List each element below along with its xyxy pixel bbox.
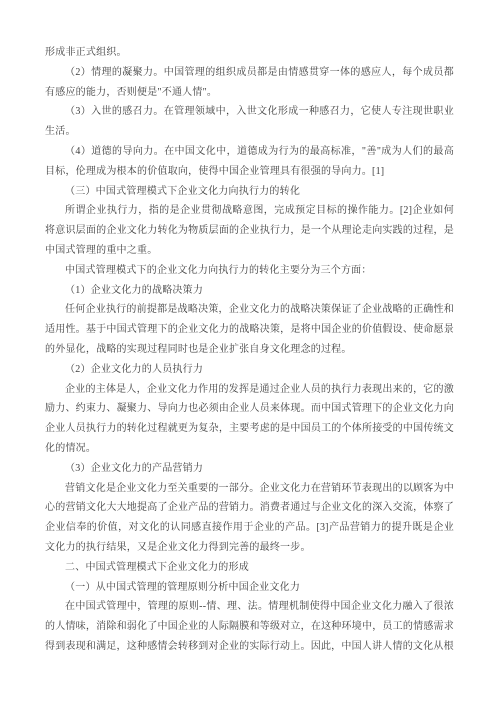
document-paragraph: 任何企业执行的前提都是战略决策，企业文化力的战略决策保证了企业战略的正确性和适用… xyxy=(45,300,454,359)
document-heading: （一）从中国式管理的管理原则分析中国企业文化力 xyxy=(45,578,454,598)
document-page: 形成非正式组织。（2）情理的凝聚力。中国管理的组织成员都是由情感贯穿一体的感应人… xyxy=(0,0,500,707)
document-heading: （3）企业文化力的产品营销力 xyxy=(45,459,454,479)
document-paragraph: （4）道德的导向力。在中国文化中，道德成为行为的最高标准，"善"成为人们的最高目… xyxy=(45,142,454,182)
document-paragraph: （3）入世的感召力。在管理领域中，入世文化形成一种感召力，它使人专注现世职业生活… xyxy=(45,102,454,142)
document-paragraph: （2）情理的凝聚力。中国管理的组织成员都是由情感贯穿一体的感应人，每个成员都有感… xyxy=(45,63,454,103)
document-paragraph: 中国式管理模式下的企业文化力向执行力的转化主要分为三个方面： xyxy=(45,261,454,281)
document-heading: 二、中国式管理模式下企业文化力的形成 xyxy=(45,558,454,578)
document-heading: （2）企业文化力的人员执行力 xyxy=(45,360,454,380)
document-heading: （1）企业文化力的战略决策力 xyxy=(45,281,454,301)
document-paragraph: 所谓企业执行力，指的是企业贯彻战略意图，完成预定目标的操作能力。[2]企业如何将… xyxy=(45,201,454,260)
document-paragraph: 在中国式管理中，管理的原则--情、理、法。情理机制使得中国企业文化力融入了很浓的… xyxy=(45,597,454,656)
document-body: 形成非正式组织。（2）情理的凝聚力。中国管理的组织成员都是由情感贯穿一体的感应人… xyxy=(45,43,454,657)
document-paragraph: 营销文化是企业文化力至关重要的一部分。企业文化力在营销环节表现出的以顾客为中心的… xyxy=(45,479,454,558)
document-paragraph: 企业的主体是人，企业文化力作用的发挥是通过企业人员的执行力表现出来的，它的激励力… xyxy=(45,380,454,459)
document-heading: （三）中国式管理模式下企业文化力向执行力的转化 xyxy=(45,182,454,202)
document-paragraph: 形成非正式组织。 xyxy=(45,43,454,63)
